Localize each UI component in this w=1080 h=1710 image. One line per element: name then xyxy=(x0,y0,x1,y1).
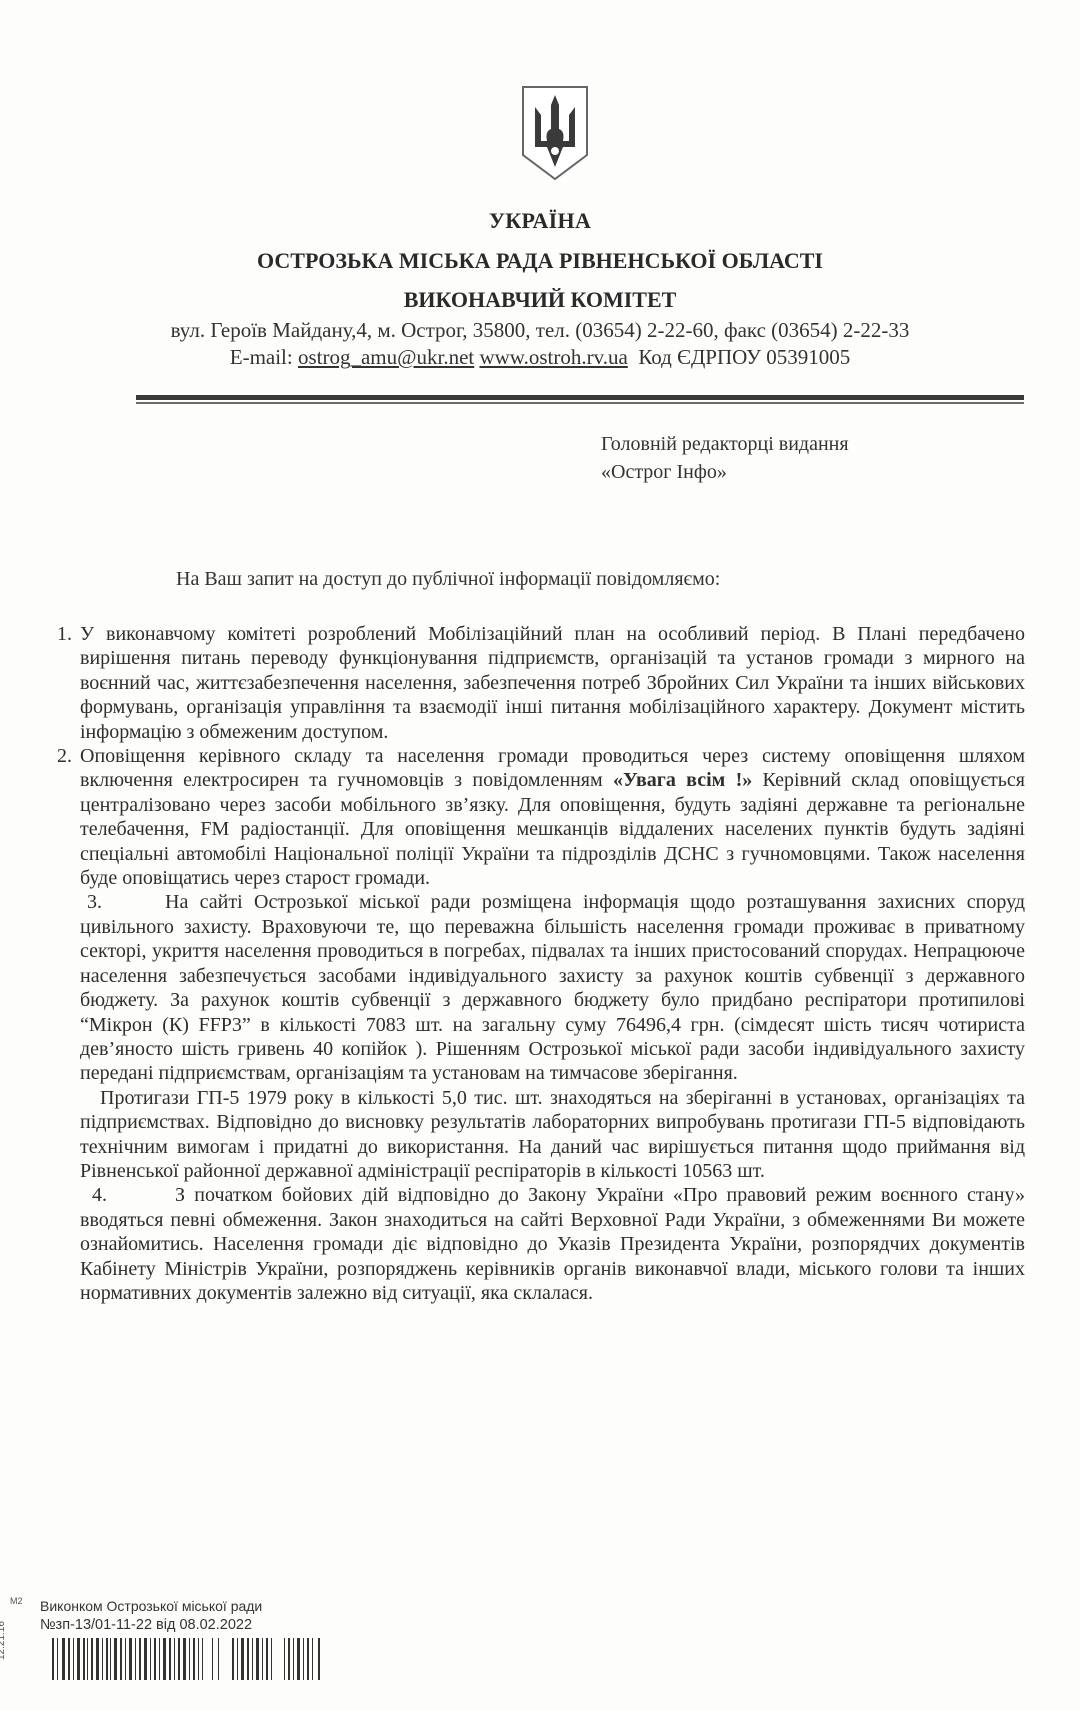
email-label: E-mail: xyxy=(230,345,293,369)
edrpou-code: Код ЄДРПОУ 05391005 xyxy=(638,345,850,369)
item-3-continuation: Протигази ГП-5 1979 року в кількості 5,0… xyxy=(80,1086,1025,1184)
stamp-organization: Виконком Острозької міської ради xyxy=(40,1598,262,1614)
list-item-4: 4. З початком бойових дій відповідно до … xyxy=(57,1183,1025,1305)
stamp-registration-number: №зп-13/01-11-22 від 08.02.2022 xyxy=(40,1617,252,1633)
barcode-icon xyxy=(52,1638,322,1680)
header-committee: ВИКОНАВЧИЙ КОМІТЕТ xyxy=(0,287,1080,313)
item-text: Оповіщення керівного складу та населення… xyxy=(80,744,1025,890)
header-separator xyxy=(136,395,1024,404)
list-item-2: 2. Оповіщення керівного складу та населе… xyxy=(57,744,1025,890)
addressee: Головній редакторці видання «Острог Інфо… xyxy=(601,430,849,486)
coat-of-arms-trident-icon xyxy=(521,85,589,181)
item-text: З початком бойових дій відповідно до Зак… xyxy=(80,1183,1025,1305)
email-link[interactable]: ostrog_amu@ukr.net xyxy=(298,345,474,369)
addressee-line-1: Головній редакторці видання xyxy=(601,430,849,458)
stamp-side-code: М2 xyxy=(10,1596,23,1606)
intro-text: На Ваш запит на доступ до публічної інфо… xyxy=(176,568,720,591)
item-number: 4. xyxy=(92,1183,107,1207)
item-number: 2. xyxy=(57,744,72,768)
header-address: вул. Героїв Майдану,4, м. Острог, 35800,… xyxy=(0,318,1080,343)
item-text: У виконавчому комітеті розроблений Мобіл… xyxy=(80,622,1025,744)
website-link[interactable]: www.ostroh.rv.ua xyxy=(479,345,627,369)
item-number: 3. xyxy=(87,890,102,914)
letter-body: 1. У виконавчому комітеті розроблений Мо… xyxy=(57,622,1025,1305)
header-country: УКРАЇНА xyxy=(0,208,1080,234)
stamp-time: 12:21:16 xyxy=(0,1621,7,1660)
header-council: ОСТРОЗЬКА МІСЬКА РАДА РІВНЕНСЬКОЇ ОБЛАСТ… xyxy=(0,248,1080,274)
list-item-1: 1. У виконавчому комітеті розроблений Мо… xyxy=(57,622,1025,744)
header-contacts: E-mail: ostrog_amu@ukr.net www.ostroh.rv… xyxy=(0,345,1080,370)
list-item-3: 3. На сайті Острозької міської ради розм… xyxy=(57,890,1025,1085)
document-page: УКРАЇНА ОСТРОЗЬКА МІСЬКА РАДА РІВНЕНСЬКО… xyxy=(0,0,1080,1710)
addressee-line-2: «Острог Інфо» xyxy=(601,458,849,486)
item-number: 1. xyxy=(57,622,72,646)
item-text: На сайті Острозької міської ради розміще… xyxy=(80,890,1025,1085)
alert-phrase: «Увага всім !» xyxy=(613,769,752,791)
